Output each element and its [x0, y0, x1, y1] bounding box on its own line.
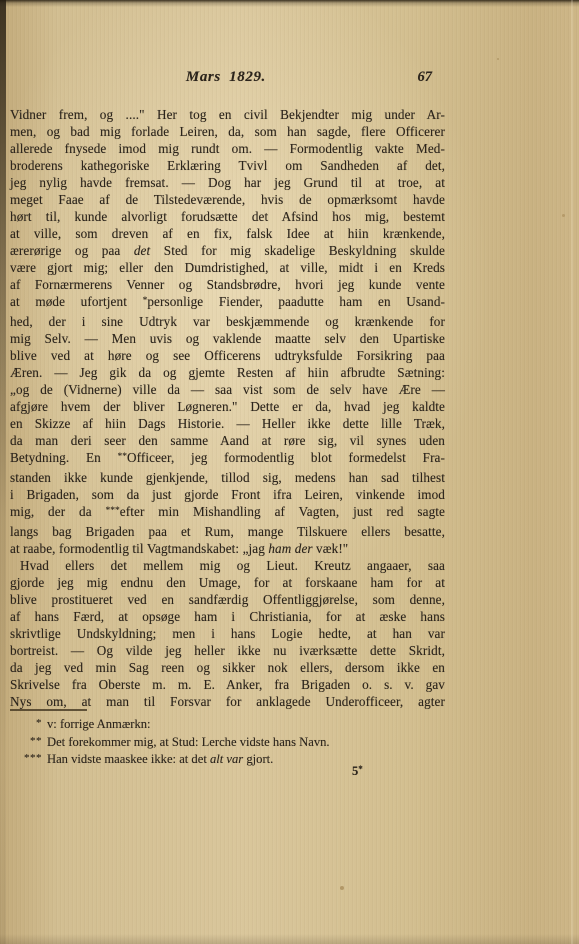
body-line: blive prostitueret ved en sandfærdig Off… — [10, 591, 445, 608]
text-run: væk!" — [313, 541, 349, 556]
body-line: jeg nylig havde fremsat. — Dog har jeg G… — [10, 174, 445, 191]
paper-speck — [340, 886, 344, 890]
running-title: Mars 1829. — [186, 69, 266, 86]
body-line: mig Selv. — Men uvis og vaklende maatte … — [10, 330, 445, 347]
text-run: afgjøre hvem der bliver Løgneren." Dette… — [10, 399, 445, 414]
text-run: Æren. — Jeg gik da og gjemte Resten af h… — [10, 365, 445, 380]
body-line: Hvad ellers det mellem mig og Lieut. Kre… — [10, 557, 445, 574]
body-line: mig, der da ***efter min Mishandling af … — [10, 503, 445, 523]
text-run: skrivtlige Undskyldning; men i hans Logi… — [10, 626, 445, 641]
body-line: langs bag Brigaden paa et Rum, mange Til… — [10, 523, 445, 540]
body-line: da man deri seer den samme Aand at røre … — [10, 432, 445, 449]
text-run: Nys om, at man til Forsvar for anklagede… — [10, 694, 445, 709]
page-right-edge-line — [571, 0, 573, 944]
body-line: at raabe, formodentlig til Vagtmandskabe… — [10, 540, 445, 557]
text-run: hed, der i sine Udtryk var beskjæmmende … — [10, 314, 445, 329]
footnote-marker: * — [10, 715, 42, 732]
text-run: hørt til, kunde alvorligt forudsætte det… — [10, 209, 445, 224]
text-run: at ville, som dreven af en fix, falsk Id… — [10, 226, 445, 241]
body-line: Vidner frem, og ...." Her tog en civil B… — [10, 106, 445, 123]
text-run: ærerørige og paa — [10, 243, 134, 258]
body-line: da jeg ved min Sag reen og sikker nok el… — [10, 659, 445, 676]
book-page-scan: Mars 1829. 67 Vidner frem, og ...." Her … — [0, 0, 579, 944]
signature-mark: * — [358, 764, 363, 774]
text-run: blive ved at høre og see Officerens udtr… — [10, 348, 445, 363]
body-line: ærerørige og paa det Sted for mig skadel… — [10, 242, 445, 259]
text-run: mig Selv. — Men uvis og vaklende maatte … — [10, 331, 445, 346]
text-run: men, og bad mig forlade Leiren, da, som … — [10, 124, 445, 139]
body-line: men, og bad mig forlade Leiren, da, som … — [10, 123, 445, 140]
text-run: en Skizze af hiin Dags Historie. — Helle… — [10, 416, 445, 431]
body-text: Vidner frem, og ...." Her tog en civil B… — [10, 106, 445, 710]
body-line: Æren. — Jeg gik da og gjemte Resten af h… — [10, 364, 445, 381]
text-run: personlige Fiender, paadutte ham en Usan… — [147, 294, 445, 309]
body-line: Betydning. En **Officeer, jeg formodentl… — [10, 449, 445, 469]
body-line: Nys om, at man til Forsvar for anklagede… — [10, 693, 445, 710]
italic-text: det — [134, 243, 150, 258]
footnote-section: *v: forrige Anmærkn:**Det forekommer mig… — [10, 716, 445, 769]
text-run: jeg nylig havde fremsat. — Dog har jeg G… — [10, 175, 445, 190]
body-line: hed, der i sine Udtryk var beskjæmmende … — [10, 313, 445, 330]
footnote-marker: *** — [10, 750, 42, 767]
body-line: skrivtlige Undskyldning; men i hans Logi… — [10, 625, 445, 642]
text-run: v: forrige Anmærkn: — [47, 717, 151, 731]
text-run: være gjort mig; eller den Dumdristighed,… — [10, 260, 445, 275]
text-run: af Fornærmerens Venner og Standsbrødre, … — [10, 277, 445, 292]
text-run: meget Faae af de Tilstedeværende, hvis d… — [10, 192, 445, 207]
text-run: Betydning. En — [10, 450, 118, 465]
text-run: at raabe, formodentlig til Vagtmandskabe… — [10, 541, 268, 556]
italic-text: alt var — [210, 752, 243, 766]
body-line: gjorde jeg mig endnu den Umage, for at f… — [10, 574, 445, 591]
text-run: blive prostitueret ved en sandfærdig Off… — [10, 592, 445, 607]
text-run: Vidner frem, og ...." Her tog en civil B… — [10, 107, 445, 122]
footnote-marker-ref: * — [143, 296, 148, 306]
text-run: Han vidste maaskee ikke: at det — [47, 752, 210, 766]
body-line: „og de (Vidnerne) ville da — saa vist so… — [10, 381, 445, 398]
text-run: gjorde jeg mig endnu den Umage, for at f… — [10, 575, 445, 590]
text-run: allerede fnysede imod mig rundt om. — Fo… — [10, 141, 445, 156]
italic-text: ham der — [268, 541, 312, 556]
footnote-line: **Det forekommer mig, at Stud: Lerche vi… — [10, 734, 445, 752]
paper-speck — [562, 214, 565, 217]
body-line: meget Faae af de Tilstedeværende, hvis d… — [10, 191, 445, 208]
text-run: mig, der da — [10, 504, 106, 519]
text-run: i Brigaden, som da just gjorde Front ifr… — [10, 487, 445, 502]
page-number: 67 — [418, 69, 433, 86]
body-line: at møde ufortjent *personlige Fiender, p… — [10, 293, 445, 313]
footnote-marker-ref: ** — [118, 452, 128, 462]
page-bottom-edge-shadow — [0, 934, 579, 944]
page-header: Mars 1829. 67 — [10, 69, 445, 89]
text-run: gjort. — [243, 752, 273, 766]
text-run: langs bag Brigaden paa et Rum, mange Til… — [10, 524, 445, 539]
text-run: Skrivelse fra Oberste m. m. E. Anker, fr… — [10, 677, 445, 692]
body-line: i Brigaden, som da just gjorde Front ifr… — [10, 486, 445, 503]
body-line: standen ikke kunde gjenkjende, tillod si… — [10, 469, 445, 486]
body-line: broderens kathegoriske Erklæring Tvivl o… — [10, 157, 445, 174]
body-line: allerede fnysede imod mig rundt om. — Fo… — [10, 140, 445, 157]
text-run: broderens kathegoriske Erklæring Tvivl o… — [10, 158, 445, 173]
text-run: at møde ufortjent — [10, 294, 143, 309]
text-run: Det forekommer mig, at Stud: Lerche vids… — [47, 735, 330, 749]
body-line: en Skizze af hiin Dags Historie. — Helle… — [10, 415, 445, 432]
text-run: da jeg ved min Sag reen og sikker nok el… — [10, 660, 445, 675]
body-line: hørt til, kunde alvorligt forudsætte det… — [10, 208, 445, 225]
body-line: at ville, som dreven af en fix, falsk Id… — [10, 225, 445, 242]
text-run: bortreist. — Og vilde jeg heller ikke nu… — [10, 643, 445, 658]
paper-speck — [497, 58, 499, 60]
body-line: af hans Færd, at opsøge ham i Christiani… — [10, 608, 445, 625]
text-run: standen ikke kunde gjenkjende, tillod si… — [10, 470, 445, 485]
body-line: bortreist. — Og vilde jeg heller ikke nu… — [10, 642, 445, 659]
text-run: Hvad ellers det mellem mig og Lieut. Kre… — [20, 558, 445, 573]
text-run: Officeer, jeg formodentlig blot formedel… — [127, 450, 445, 465]
body-line: af Fornærmerens Venner og Standsbrødre, … — [10, 276, 445, 293]
text-run: da man deri seer den samme Aand at røre … — [10, 433, 445, 448]
footnote-marker-ref: *** — [106, 506, 120, 516]
body-line: blive ved at høre og see Officerens udtr… — [10, 347, 445, 364]
text-run: efter min Mishandling af Vagten, just re… — [120, 504, 445, 519]
footnote-rule — [10, 709, 87, 711]
page-top-edge-shadow — [0, 0, 579, 7]
page-left-edge-shadow — [0, 0, 6, 944]
body-line: være gjort mig; eller den Dumdristighed,… — [10, 259, 445, 276]
body-line: Skrivelse fra Oberste m. m. E. Anker, fr… — [10, 676, 445, 693]
footnote-line: ***Han vidste maaskee ikke: at det alt v… — [10, 751, 445, 769]
text-run: „og de (Vidnerne) ville da — saa vist so… — [10, 382, 445, 397]
text-run: af hans Færd, at opsøge ham i Christiani… — [10, 609, 445, 624]
printer-signature: 5* — [352, 764, 363, 779]
footnote-line: *v: forrige Anmærkn: — [10, 716, 445, 734]
body-line: afgjøre hvem der bliver Løgneren." Dette… — [10, 398, 445, 415]
text-run: Sted for mig skadelige Beskyldning skuld… — [150, 243, 445, 258]
footnote-marker: ** — [10, 733, 42, 750]
